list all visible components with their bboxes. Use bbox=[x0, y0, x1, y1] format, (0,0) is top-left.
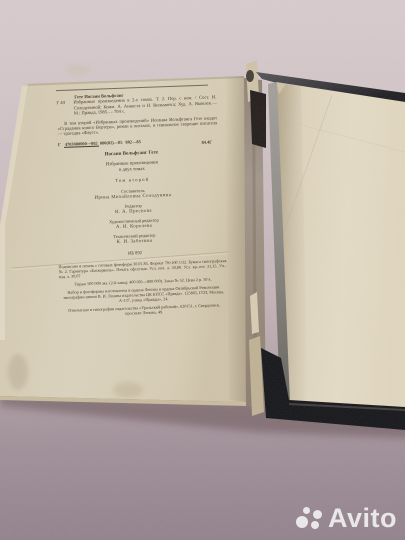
catalog-prefix: Г bbox=[58, 142, 61, 147]
imprint-printed-at: Отпечатано в типографии издательства «Ур… bbox=[60, 302, 228, 318]
avito-watermark-label: Avito bbox=[328, 505, 397, 532]
ib-number: ИБ 892 bbox=[46, 247, 224, 259]
catalog-denominator: 080(02)—85 bbox=[100, 140, 123, 146]
bibliographic-entry: Гете Иоганн Вольфганг Г 44 Избранные про… bbox=[56, 89, 217, 116]
avito-dot-small bbox=[303, 507, 310, 514]
catalog-formula: Г 4703000000—802 080(02)—85 802—85 84.4Г bbox=[58, 136, 218, 147]
imprint-block: Подписано в печать с готовых фотоформ 30… bbox=[58, 258, 228, 318]
book-author-line: Иоганн Вольфганг Гете bbox=[42, 148, 220, 160]
volume-line: Том второй bbox=[43, 174, 221, 186]
colophon-text: Гете Иоганн Вольфганг Г 44 Избранные про… bbox=[40, 84, 226, 321]
catalog-numerator: 4703000000—802 bbox=[64, 140, 99, 147]
avito-logo-icon bbox=[296, 507, 323, 531]
catalog-fraction: 4703000000—802 080(02)—85 bbox=[64, 140, 123, 147]
catalog-suffix: 802—85 bbox=[125, 139, 141, 145]
bbk-code: 84.4Г bbox=[201, 139, 212, 144]
avito-watermark: Avito bbox=[296, 505, 397, 532]
avito-dot-right bbox=[311, 521, 319, 529]
bib-catalog-code: Г 44 bbox=[56, 100, 74, 117]
avito-dot-medium bbox=[313, 510, 322, 519]
avito-dot-large bbox=[296, 516, 308, 528]
photo-root: Гете Иоганн Вольфганг Г 44 Избранные про… bbox=[0, 0, 405, 540]
left-page-text-layer: Гете Иоганн Вольфганг Г 44 Избранные про… bbox=[0, 60, 250, 420]
bib-annotation: В том второй «Избранных произведений» Ио… bbox=[57, 115, 217, 137]
title-block: Иоганн Вольфганг Гете Избранные произвед… bbox=[42, 148, 224, 258]
